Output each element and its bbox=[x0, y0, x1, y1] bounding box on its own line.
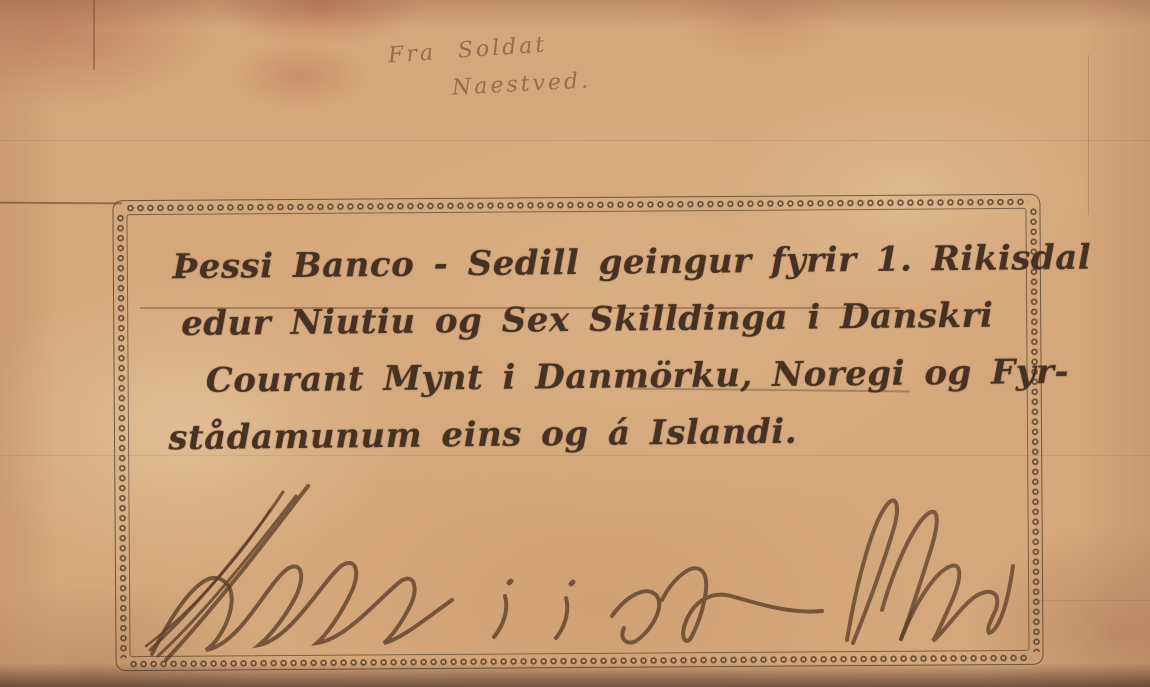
banknote-paper: Fra Soldat Naestved. Þessi Banco - Sedil… bbox=[0, 0, 1150, 687]
decorative-border-frame: Þessi Banco - Sedill geingur fyrir 1. Ri… bbox=[112, 194, 1043, 671]
crease-line bbox=[0, 202, 122, 205]
note-text-line-1: Þessi Banco - Sedill geingur fyrir 1. Ri… bbox=[172, 230, 1025, 296]
crease-line bbox=[1088, 55, 1089, 215]
handwritten-annotation-line-2: Naestved. bbox=[451, 68, 591, 100]
note-text-line-4: stådamunum eins og á Islandi. bbox=[168, 401, 1027, 467]
note-text-line-3: Courant Mynt i Danmörku, Noregi og Fyr- bbox=[205, 344, 1026, 410]
handwritten-annotation-line-1: Fra Soldat bbox=[387, 32, 548, 68]
printed-note-text: Þessi Banco - Sedill geingur fyrir 1. Ri… bbox=[128, 230, 1026, 467]
note-text-line-2: edur Niutiu og Sex Skilldinga i Danskri bbox=[181, 287, 1026, 353]
crease-line bbox=[93, 0, 95, 70]
crease-line bbox=[0, 140, 1150, 141]
crease-line bbox=[1040, 600, 1150, 601]
